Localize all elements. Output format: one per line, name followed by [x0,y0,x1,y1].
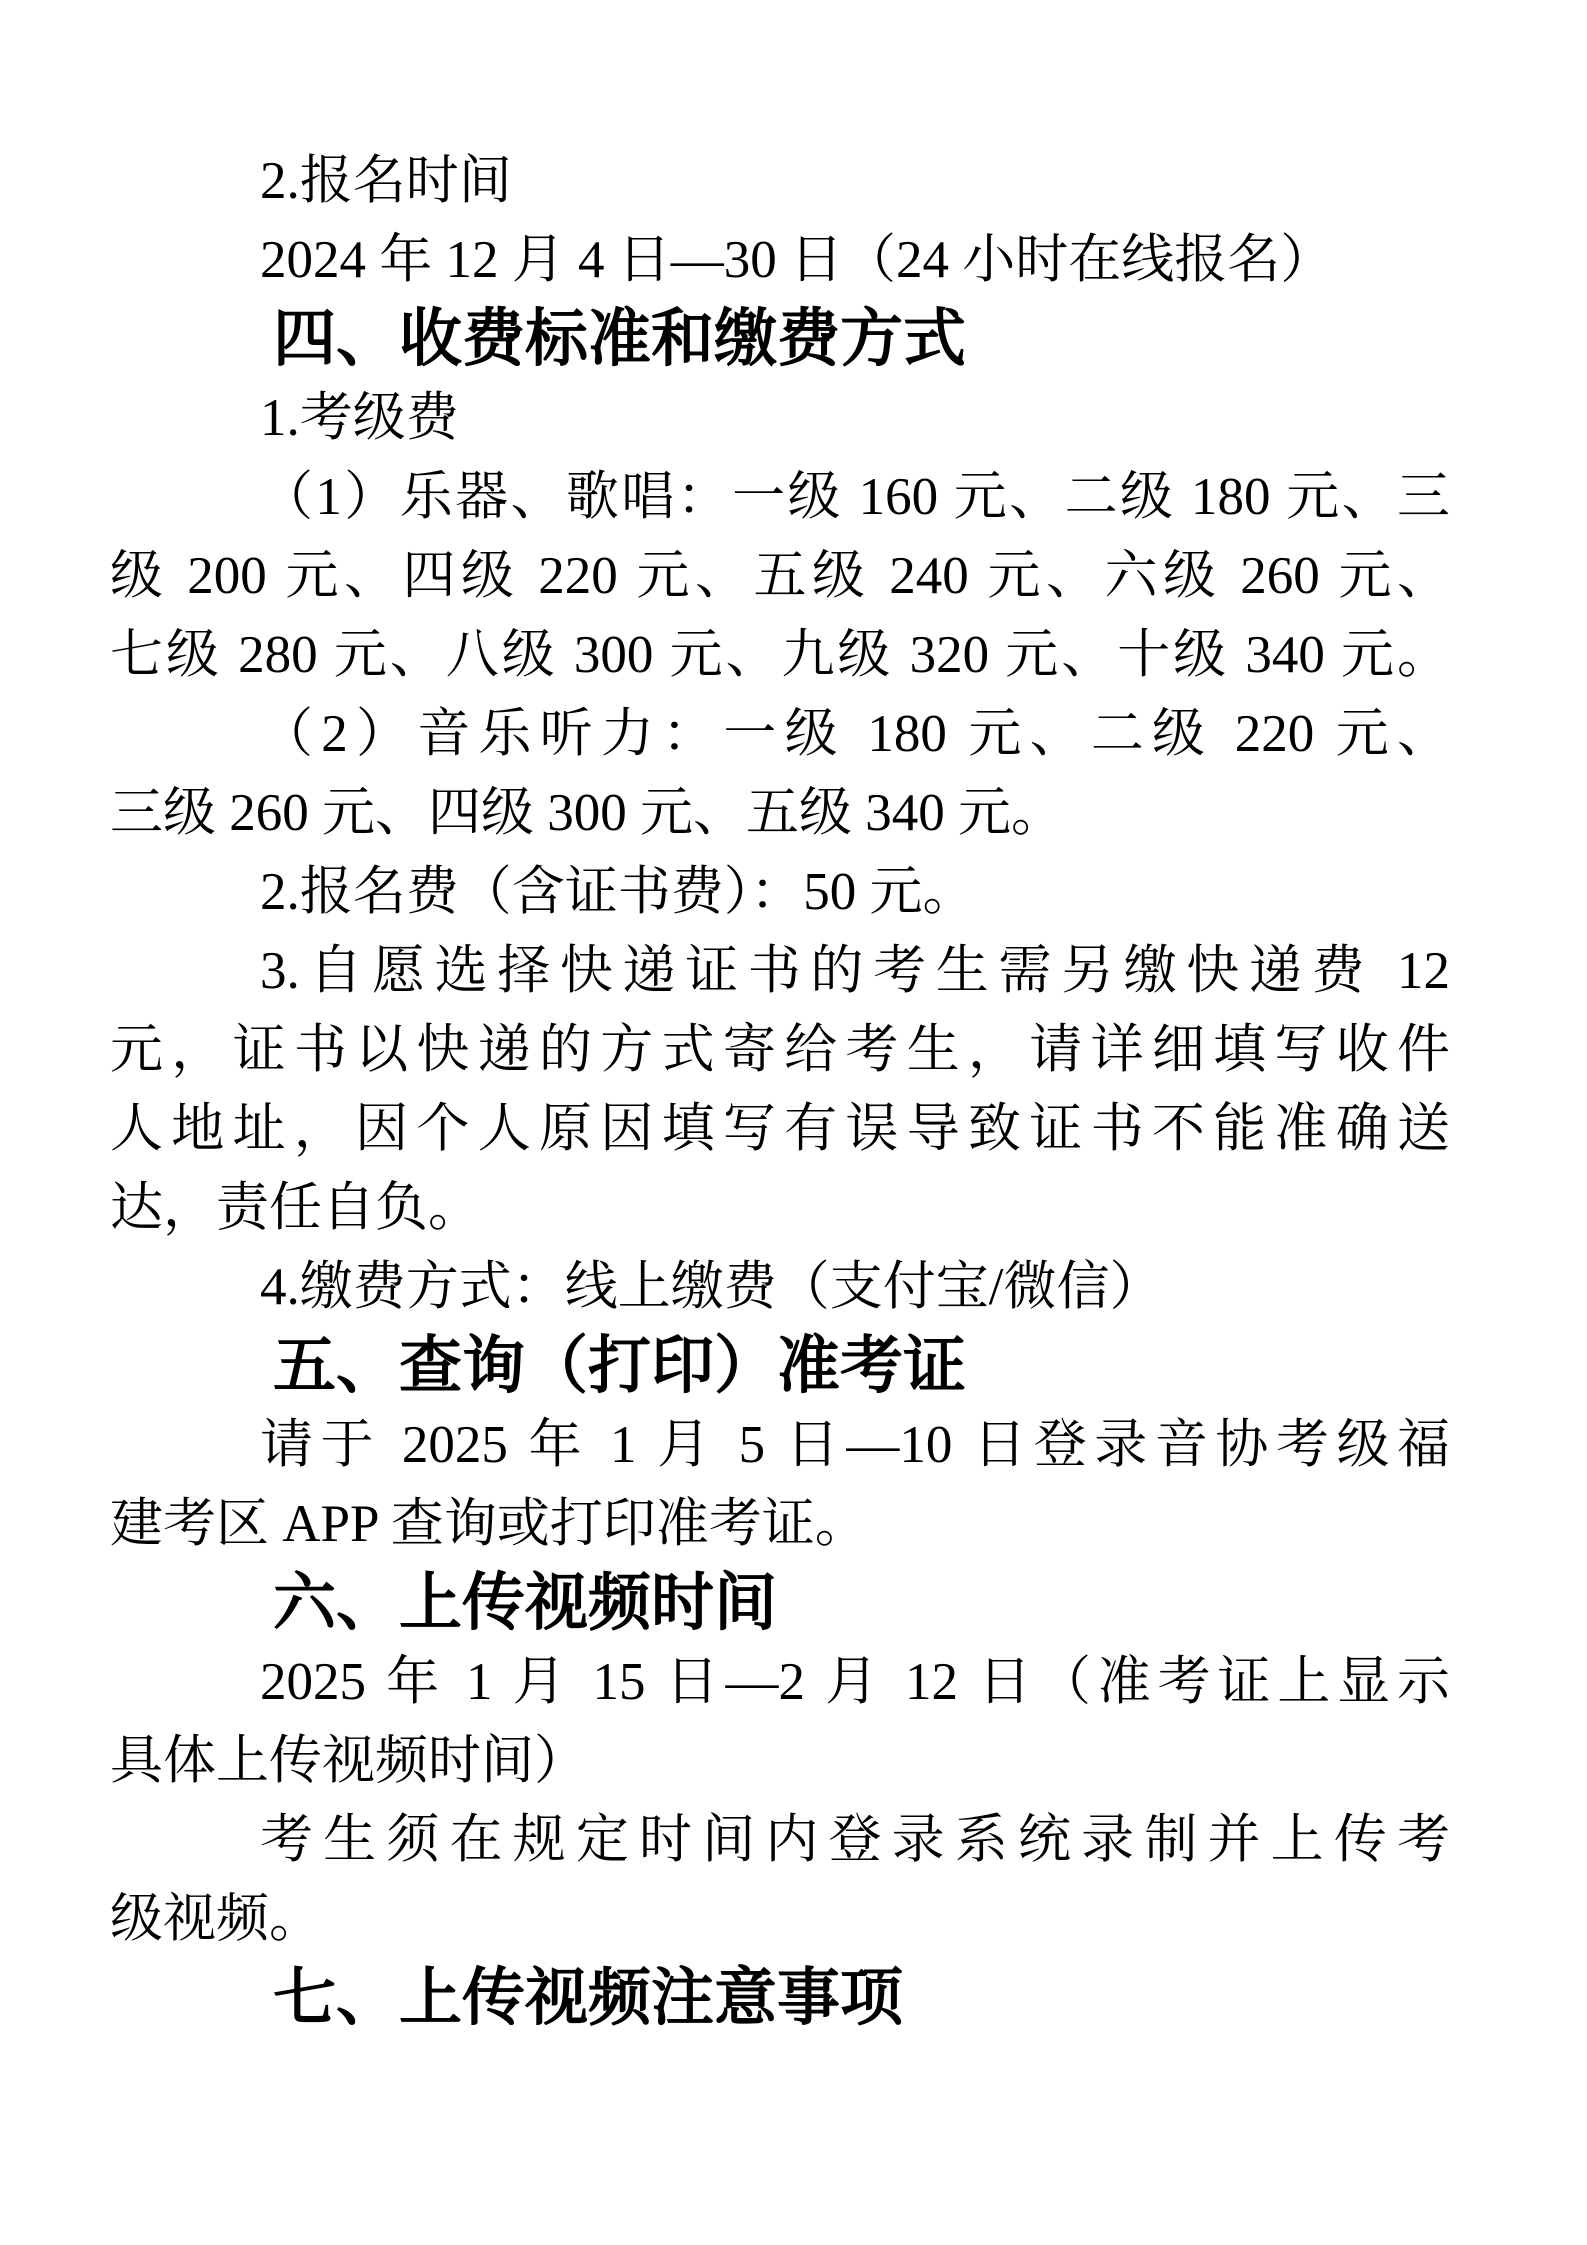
text-line: 2.报名费（含证书费）：50 元。 [110,853,1450,932]
text-line: 级 200 元、四级 220 元、五级 240 元、六级 260 元、 [110,537,1450,616]
text-line: 建考区 APP 查询或打印准考证。 [110,1485,1450,1564]
text-line: 2024 年 12 月 4 日—30 日（24 小时在线报名） [110,221,1450,300]
text-line: 考生须在规定时间内登录系统录制并上传考 [110,1801,1450,1880]
text-line: 人地址，因个人原因填写有误导致证书不能准确送 [110,1090,1450,1169]
text-line: 三级 260 元、四级 300 元、五级 340 元。 [110,774,1450,853]
text-line: 3.自愿选择快递证书的考生需另缴快递费 12 [110,932,1450,1011]
text-line: 达，责任自负。 [110,1169,1450,1248]
text-line: 1.考级费 [110,379,1450,458]
text-line: （2）音乐听力：一级 180 元、二级 220 元、 [110,695,1450,774]
text-line: （1）乐器、歌唱：一级 160 元、二级 180 元、三 [110,458,1450,537]
text-line: 元，证书以快递的方式寄给考生，请详细填写收件 [110,1011,1450,1090]
text-line: 级视频。 [110,1880,1450,1959]
text-line: 2025 年 1 月 15 日—2 月 12 日（准考证上显示 [110,1643,1450,1722]
section-heading: 六、上传视频时间 [110,1564,1450,1643]
text-line: 4.缴费方式：线上缴费（支付宝/微信） [110,1248,1450,1327]
text-line: 请于 2025 年 1 月 5 日—10 日登录音协考级福 [110,1406,1450,1485]
section-heading: 四、收费标准和缴费方式 [110,300,1450,379]
text-line: 2.报名时间 [110,142,1450,221]
text-line: 七级 280 元、八级 300 元、九级 320 元、十级 340 元。 [110,616,1450,695]
document-page: 2.报名时间2024 年 12 月 4 日—30 日（24 小时在线报名）四、收… [0,0,1587,2245]
text-line: 具体上传视频时间） [110,1722,1450,1801]
section-heading: 七、上传视频注意事项 [110,1959,1450,2038]
section-heading: 五、查询（打印）准考证 [110,1327,1450,1406]
document-body: 2.报名时间2024 年 12 月 4 日—30 日（24 小时在线报名）四、收… [0,0,1587,2038]
